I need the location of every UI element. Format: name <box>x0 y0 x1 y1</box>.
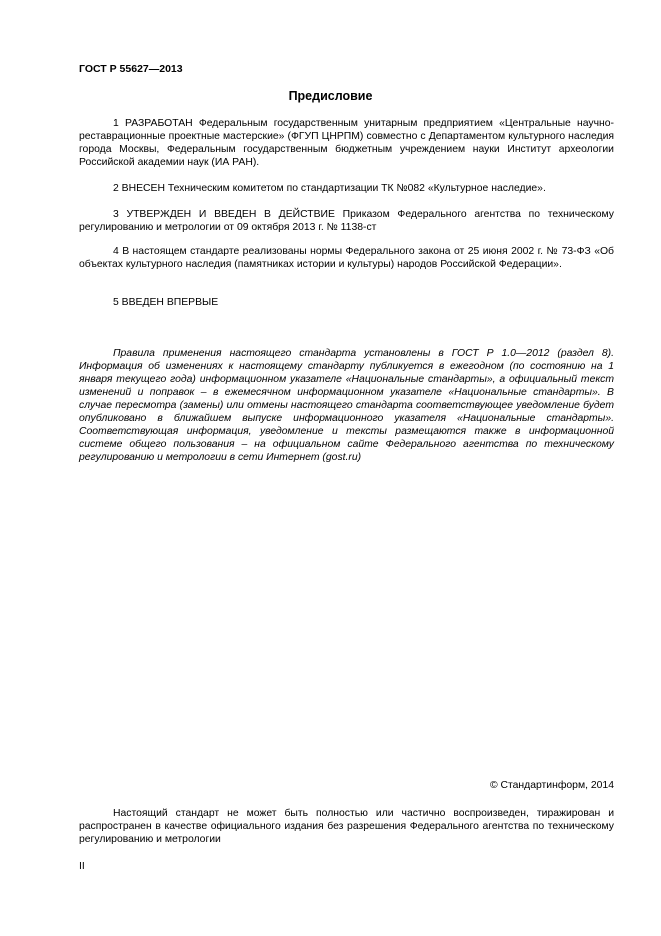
foreword-item-2: 2 ВНЕСЕН Техническим комитетом по станда… <box>79 182 614 195</box>
foreword-item-5: 5 ВВЕДЕН ВПЕРВЫЕ <box>79 296 614 309</box>
document-page: ГОСТ Р 55627—2013 Предисловие 1 РАЗРАБОТ… <box>0 0 661 936</box>
reproduction-notice: Настоящий стандарт не может быть полност… <box>79 807 614 846</box>
foreword-item-4: 4 В настоящем стандарте реализованы норм… <box>79 245 614 271</box>
page-title: Предисловие <box>0 89 661 103</box>
page-number: II <box>79 861 85 872</box>
foreword-item-3: 3 УТВЕРЖДЕН И ВВЕДЕН В ДЕЙСТВИЕ Приказом… <box>79 208 614 234</box>
foreword-item-1: 1 РАЗРАБОТАН Федеральным государственным… <box>79 117 614 169</box>
copyright-line: © Стандартинформ, 2014 <box>490 780 614 791</box>
document-header-id: ГОСТ Р 55627—2013 <box>79 63 183 75</box>
standard-application-notice: Правила применения настоящего стандарта … <box>79 347 614 464</box>
